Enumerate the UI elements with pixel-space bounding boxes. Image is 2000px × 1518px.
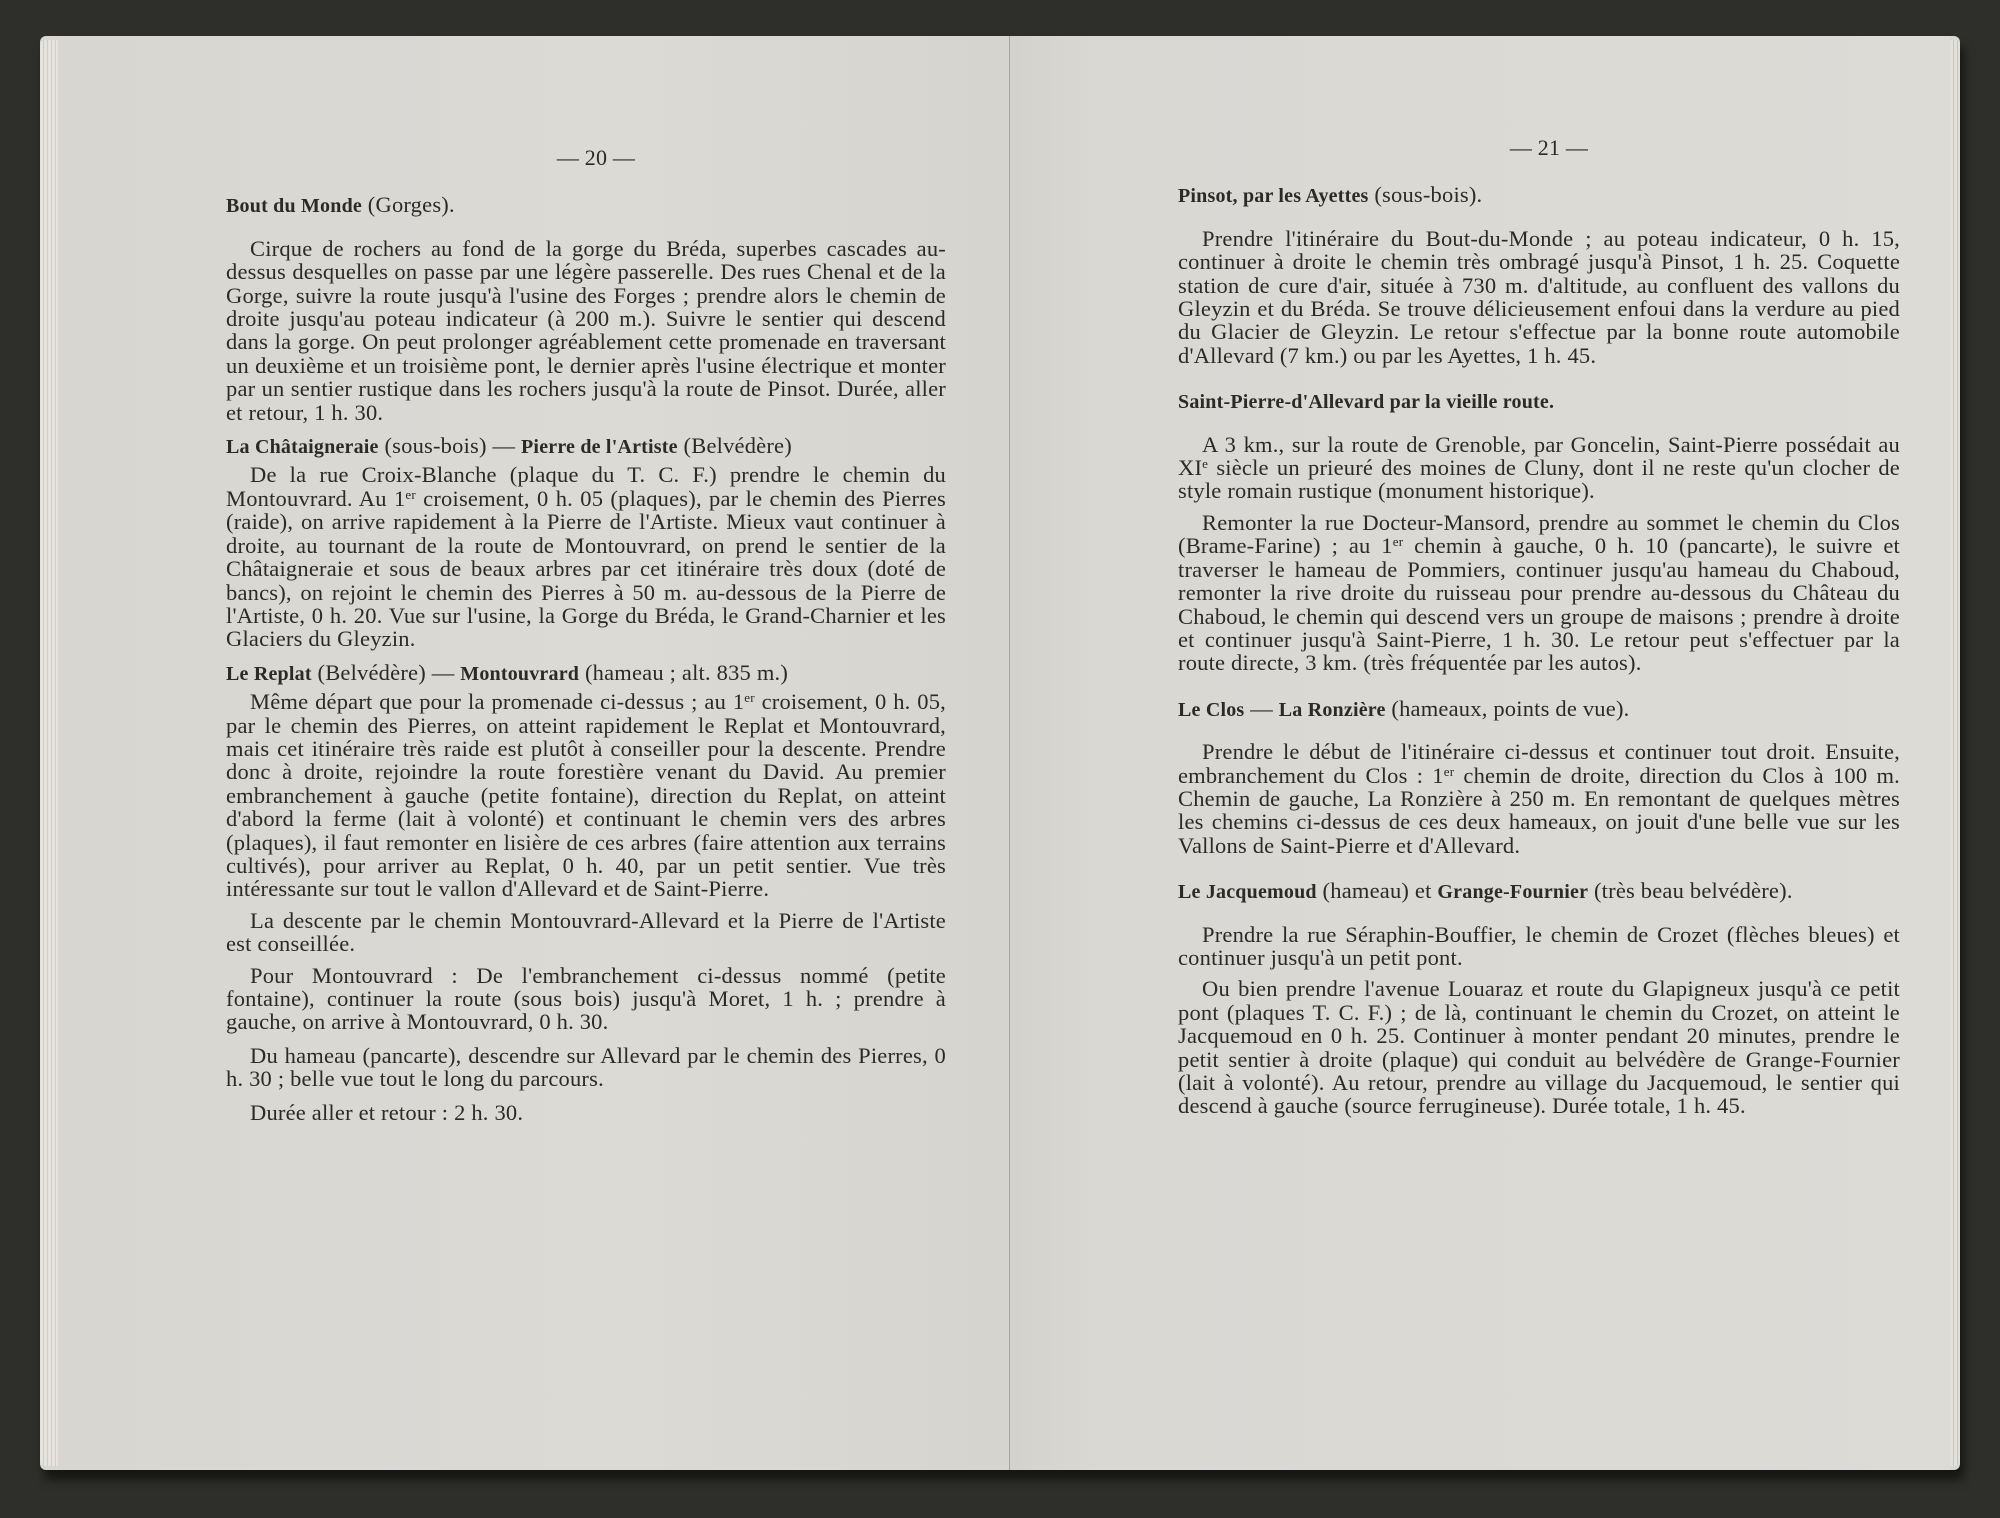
- heading-subtitle: (Gorges).: [362, 192, 455, 217]
- heading-connector: (sous-bois) —: [379, 433, 521, 458]
- paragraph: Pour Montouvrard : De l'embranchement ci…: [226, 964, 946, 1034]
- heading-title: Le Jacquemoud: [1178, 881, 1317, 903]
- paragraph: Prendre l'itinéraire du Bout-du-Monde ; …: [1178, 227, 1900, 367]
- left-page: — 20 — Bout du Monde (Gorges). Cirque de…: [58, 36, 1010, 1470]
- paragraph: A 3 km., sur la route de Grenoble, par G…: [1178, 433, 1900, 503]
- heading-title: Le Replat: [226, 663, 312, 685]
- page-edges-right: [1950, 40, 1960, 1466]
- heading-title: La Châtaigneraie: [226, 436, 379, 458]
- heading-title: Pinsot, par les Ayettes: [1178, 185, 1369, 207]
- heading-title: Saint-Pierre-d'Allevard par la vieille r…: [1178, 391, 1554, 413]
- section-heading-saint-pierre: Saint-Pierre-d'Allevard par la vieille r…: [1178, 389, 1900, 414]
- section-heading-pinsot: Pinsot, par les Ayettes (sous-bois).: [1178, 183, 1900, 208]
- paragraph: Prendre la rue Séraphin-Bouffier, le che…: [1178, 923, 1900, 970]
- right-page: — 21 — Pinsot, par les Ayettes (sous-boi…: [1010, 36, 1950, 1470]
- paragraph: Durée aller et retour : 2 h. 30.: [226, 1101, 946, 1124]
- paragraph: Cirque de rochers au fond de la gorge du…: [226, 237, 946, 424]
- paragraph: Remonter la rue Docteur-Mansord, prendre…: [1178, 511, 1900, 675]
- section-heading-bout-du-monde: Bout du Monde (Gorges).: [226, 193, 946, 218]
- heading-subtitle: (très beau belvédère).: [1588, 878, 1793, 903]
- heading-subtitle: (hameau ; alt. 835 m.): [579, 660, 788, 685]
- paragraph: La descente par le chemin Montouvrard-Al…: [226, 909, 946, 956]
- page-number: — 21 —: [1178, 136, 1900, 159]
- heading-subtitle: (Belvédère): [678, 433, 792, 458]
- left-page-content: — 20 — Bout du Monde (Gorges). Cirque de…: [226, 146, 946, 1134]
- heading-connector: (hameau) et: [1317, 878, 1438, 903]
- heading-title-secondary: Montouvrard: [460, 663, 579, 685]
- heading-subtitle: (hameaux, points de vue).: [1386, 696, 1630, 721]
- open-booklet: — 20 — Bout du Monde (Gorges). Cirque de…: [40, 36, 1960, 1470]
- paragraph: Prendre le début de l'itinéraire ci-dess…: [1178, 740, 1900, 857]
- section-heading-jacquemoud: Le Jacquemoud (hameau) et Grange-Fournie…: [1178, 879, 1900, 904]
- right-page-content: — 21 — Pinsot, par les Ayettes (sous-boi…: [1178, 136, 1900, 1128]
- heading-subtitle: (sous-bois).: [1369, 182, 1483, 207]
- heading-connector: —: [1244, 696, 1278, 721]
- heading-title: Bout du Monde: [226, 195, 362, 217]
- section-heading-le-clos: Le Clos — La Ronzière (hameaux, points d…: [1178, 697, 1900, 722]
- section-heading-replat: Le Replat (Belvédère) — Montouvrard (ham…: [226, 661, 946, 686]
- paragraph: Même départ que pour la promenade ci-des…: [226, 690, 946, 901]
- heading-title-secondary: La Ronzière: [1279, 699, 1386, 721]
- paragraph: Ou bien prendre l'avenue Louaraz et rout…: [1178, 977, 1900, 1117]
- page-number: — 20 —: [226, 146, 946, 169]
- heading-connector: (Belvédère) —: [312, 660, 461, 685]
- section-heading-chataigneraie: La Châtaigneraie (sous-bois) — Pierre de…: [226, 434, 946, 459]
- heading-title-secondary: Grange-Fournier: [1437, 881, 1588, 903]
- paragraph: De la rue Croix-Blanche (plaque du T. C.…: [226, 463, 946, 650]
- heading-title-secondary: Pierre de l'Artiste: [521, 436, 678, 458]
- heading-title: Le Clos: [1178, 699, 1244, 721]
- paragraph: Du hameau (pancarte), descendre sur Alle…: [226, 1044, 946, 1091]
